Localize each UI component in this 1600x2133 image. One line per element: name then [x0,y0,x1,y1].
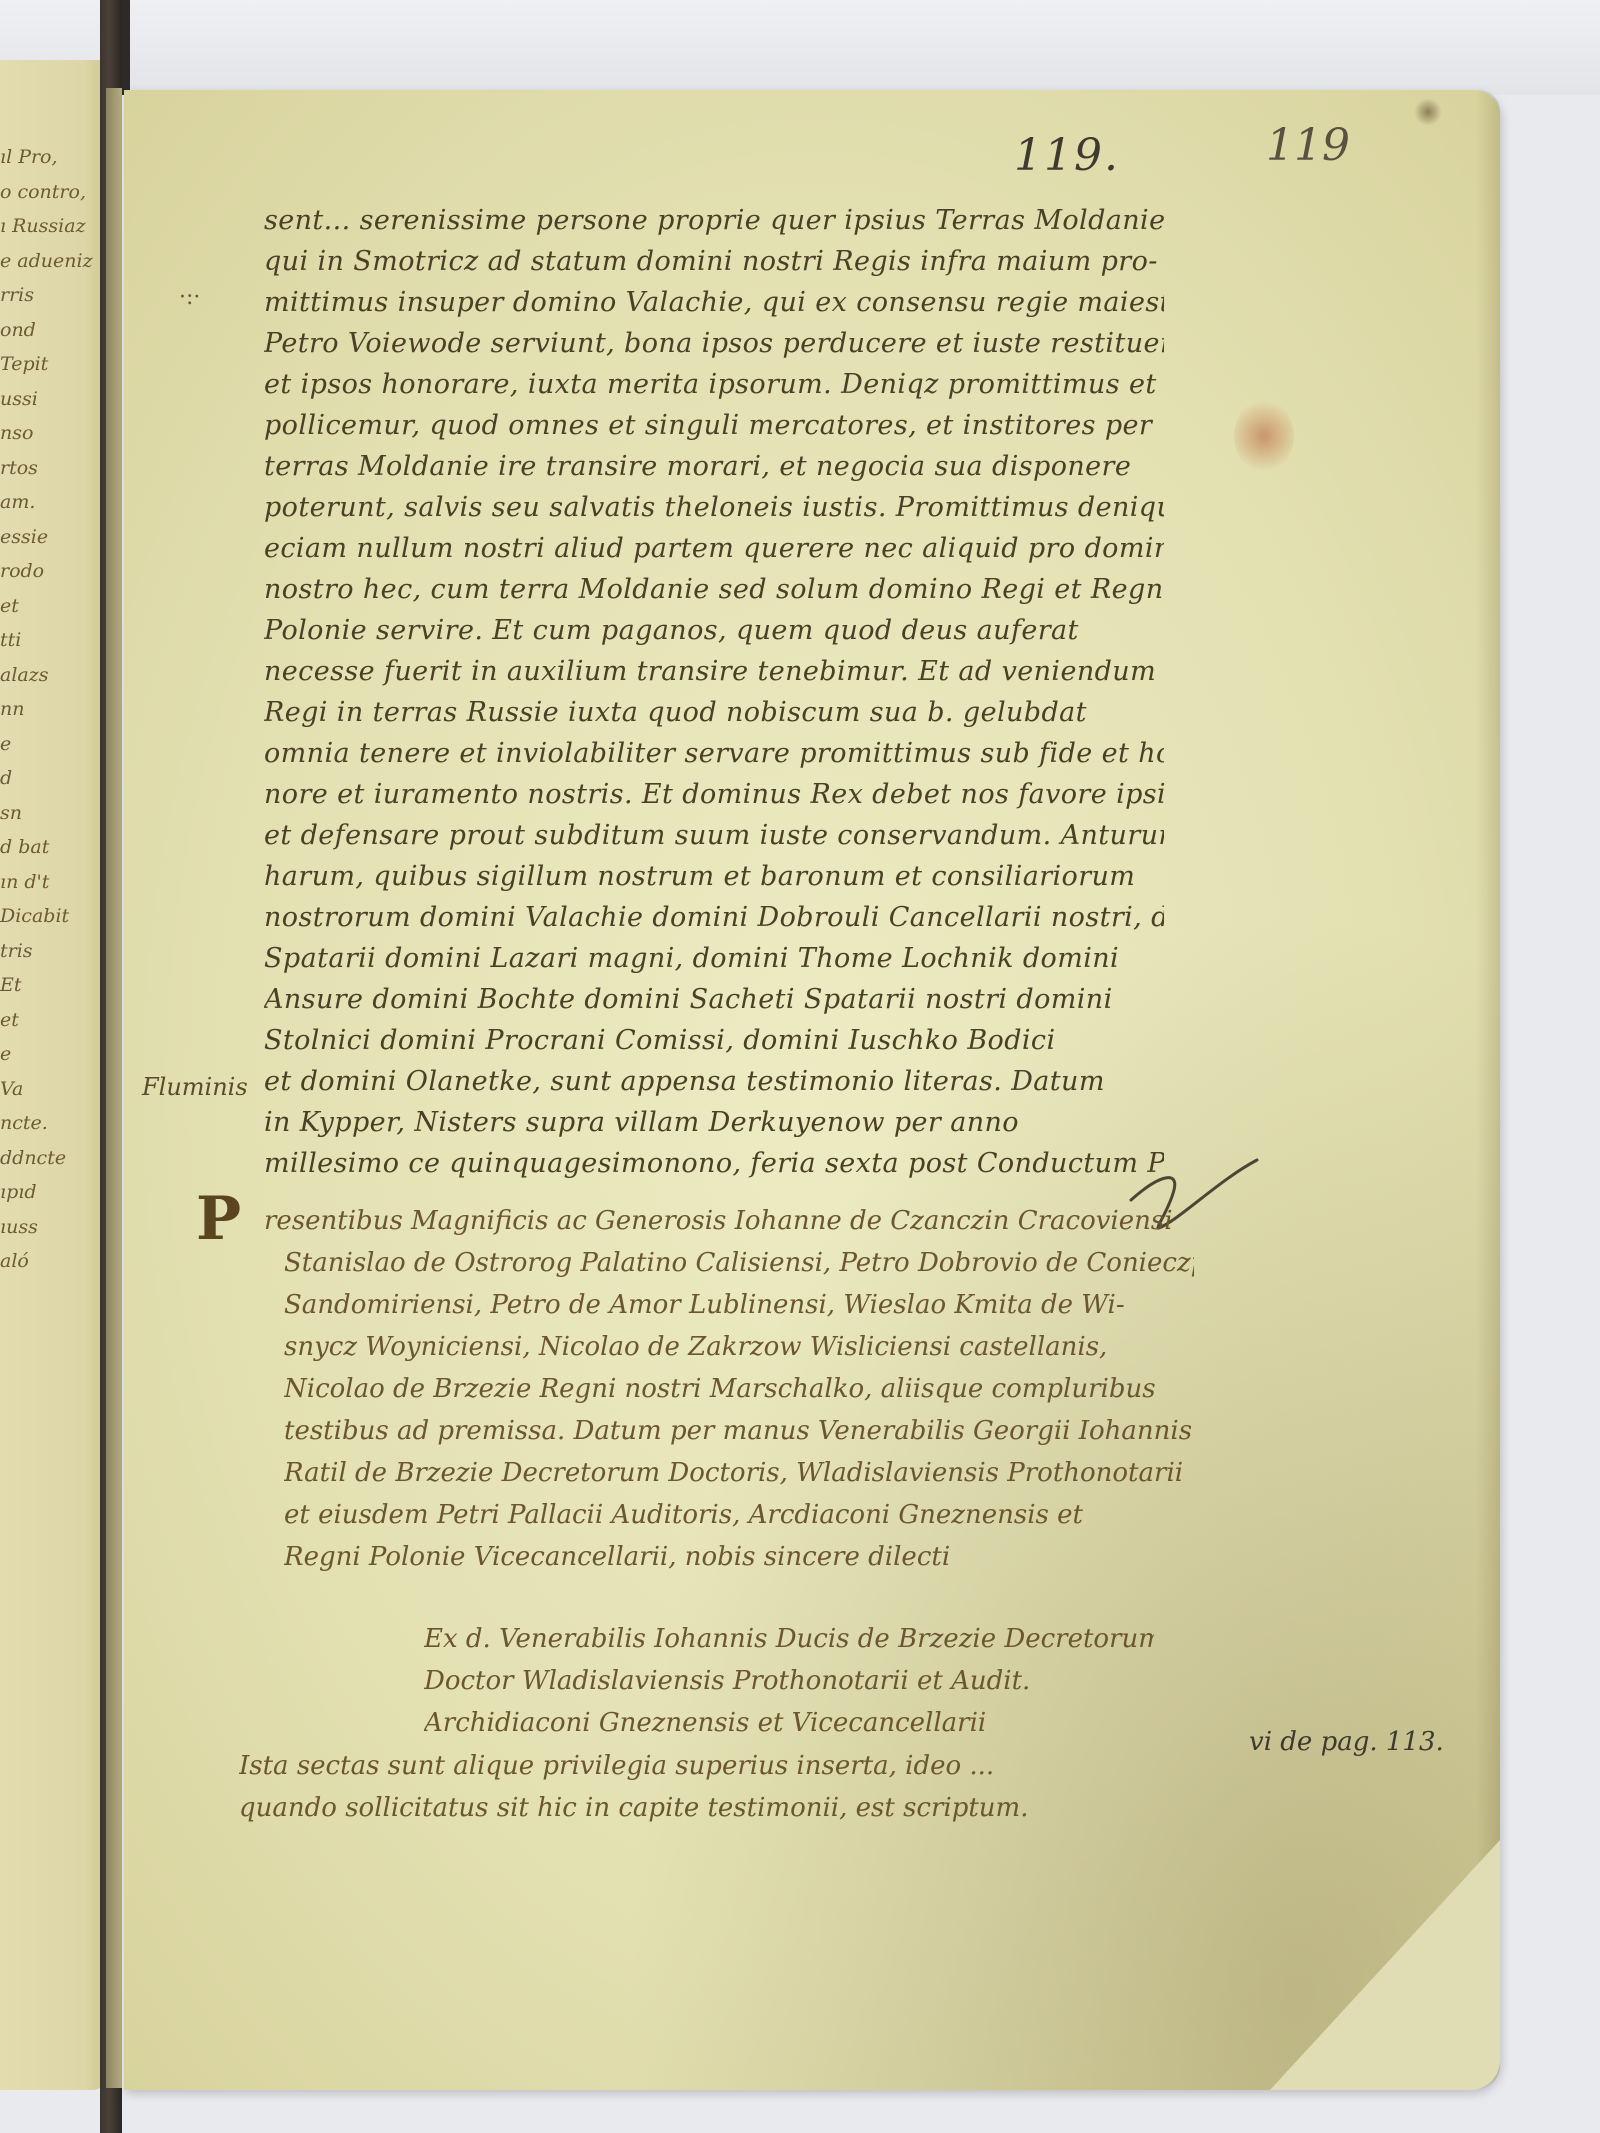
folio-number: 119. [1014,130,1120,181]
left-fragment: ussi [0,382,100,417]
text-line: Nicolao de Brzezie Regni nostri Marschal… [284,1368,1194,1410]
left-fragment: o contro, [0,175,100,210]
text-line: nostrorum domini Valachie domini Dobroul… [264,897,1164,938]
left-fragment: ıl Pro, [0,140,100,175]
left-fragment: sn [0,796,100,831]
text-line: eciam nullum nostri aliud partem querere… [264,528,1164,569]
text-line: Petro Voiewode serviunt, bona ipsos perd… [264,323,1164,364]
paragraph-2: resentibus Magnificis ac Generosis Iohan… [264,1200,1194,1578]
left-fragment: tris [0,934,100,969]
left-fragment: ın d't [0,865,100,900]
text-line: Doctor Wladislaviensis Prothonotarii et … [424,1660,1154,1702]
left-fragment: ddncte [0,1141,100,1176]
text-line: testibus ad premissa. Datum per manus Ve… [284,1410,1194,1452]
text-line: poterunt, salvis seu salvatis theloneis … [264,487,1164,528]
folio-number-secondary: 119 [1266,120,1350,171]
left-facing-page: ıl Pro, o contro, ı Russiaz e adueniz rr… [0,60,105,2090]
text-line: in Kypper, Nisters supra villam Derkuyen… [264,1102,1164,1143]
left-fragment: e adueniz [0,244,100,279]
corner-repair-patch [1270,1840,1500,2090]
left-fragment: et [0,589,100,624]
text-line: Stanislao de Ostrorog Palatino Calisiens… [284,1242,1194,1284]
text-line: Ista sectas sunt alique privilegia super… [239,1745,1159,1787]
text-line: resentibus Magnificis ac Generosis Iohan… [264,1200,1174,1242]
stain-mark [1234,400,1294,472]
text-line: Ansure domini Bochte domini Sacheti Spat… [264,979,1164,1020]
left-fragment: d bat [0,830,100,865]
text-line: et ipsos honorare, iuxta merita ipsorum.… [264,364,1164,405]
text-line: sent... serenissime persone proprie quer… [264,200,1164,241]
text-line: Polonie servire. Et cum paganos, quem qu… [264,610,1164,651]
text-line: qui in Smotricz ad statum domini nostri … [264,241,1164,282]
left-fragment: ıpıd [0,1175,100,1210]
stain-spot [1414,98,1442,126]
left-fragment: et [0,1003,100,1038]
binding-strip [122,0,130,95]
left-fragment: nso [0,416,100,451]
text-line: omnia tenere et inviolabiliter servare p… [264,733,1164,774]
left-fragment: e [0,727,100,762]
text-line: Regi in terras Russie iuxta quod nobiscu… [264,692,1164,733]
scan-background [0,0,1600,95]
left-fragment: e [0,1037,100,1072]
text-line: terras Moldanie ire transire morari, et … [264,446,1164,487]
left-fragment: d [0,761,100,796]
page-edge [1476,90,1500,2090]
left-fragment: nn [0,692,100,727]
text-line: snycz Woyniciensi, Nicolao de Zakrzow Wi… [284,1326,1194,1368]
text-line: Ex d. Venerabilis Iohannis Ducis de Brze… [424,1618,1154,1660]
text-line: Regni Polonie Vicecancellarii, nobis sin… [284,1536,1194,1578]
left-fragment: am. [0,485,100,520]
left-fragment: alazs [0,658,100,693]
text-line: nostro hec, cum terra Moldanie sed solum… [264,569,1164,610]
paragraph-1: sent... serenissime persone proprie quer… [264,200,1164,1184]
text-line: et domini Olanetke, sunt appensa testimo… [264,1061,1164,1102]
gutter-shadow [106,88,122,2088]
margin-note: Fluminis [142,1073,248,1101]
left-fragment: Dicabit [0,899,100,934]
left-fragment: ncte. [0,1106,100,1141]
text-line: mittimus insuper domino Valachie, qui ex… [264,282,1164,323]
text-line: pollicemur, quod omnes et singuli mercat… [264,405,1164,446]
left-fragment: ıuss [0,1210,100,1245]
page-reference-note: vi de pag. 113. [1249,1727,1444,1757]
left-fragment: tti [0,623,100,658]
left-fragment: essie [0,520,100,555]
text-line: et defensare prout subditum suum iuste c… [264,815,1164,856]
text-line: Spatarii domini Lazari magni, domini Tho… [264,938,1164,979]
text-line: necesse fuerit in auxilium transire tene… [264,651,1164,692]
text-line: Stolnici domini Procrani Comissi, domini… [264,1020,1164,1061]
text-line: harum, quibus sigillum nostrum et baronu… [264,856,1164,897]
left-page-text-fragments: ıl Pro, o contro, ı Russiaz e adueniz rr… [0,140,100,1279]
text-line: Ratil de Brzezie Decretorum Doctoris, Wl… [284,1452,1194,1494]
text-line: et eiusdem Petri Pallacii Auditoris, Arc… [284,1494,1194,1536]
text-line: nore et iuramento nostris. Et dominus Re… [264,774,1164,815]
initial-letter: P [196,1184,241,1254]
closing-note: Ista sectas sunt alique privilegia super… [239,1745,1159,1829]
left-fragment: rodo [0,554,100,589]
left-fragment: Va [0,1072,100,1107]
left-fragment: rris [0,278,100,313]
margin-dots: ·:· [179,285,200,310]
left-fragment: ond [0,313,100,348]
left-fragment: Et [0,968,100,1003]
text-line: Sandomiriensi, Petro de Amor Lublinensi,… [284,1284,1194,1326]
chancery-note: Ex d. Venerabilis Iohannis Ducis de Brze… [424,1618,1154,1744]
text-line: millesimo ce quinquagesimonono, feria se… [264,1143,1164,1184]
left-fragment: aló [0,1244,100,1279]
left-fragment: ı Russiaz [0,209,100,244]
text-line: quando sollicitatus sit hic in capite te… [239,1787,1159,1829]
left-fragment: Tepit [0,347,100,382]
manuscript-page: 119. 119 ·:· sent... serenissime persone… [124,90,1500,2090]
text-line: Archidiaconi Gneznensis et Vicecancellar… [424,1702,1154,1744]
left-fragment: rtos [0,451,100,486]
